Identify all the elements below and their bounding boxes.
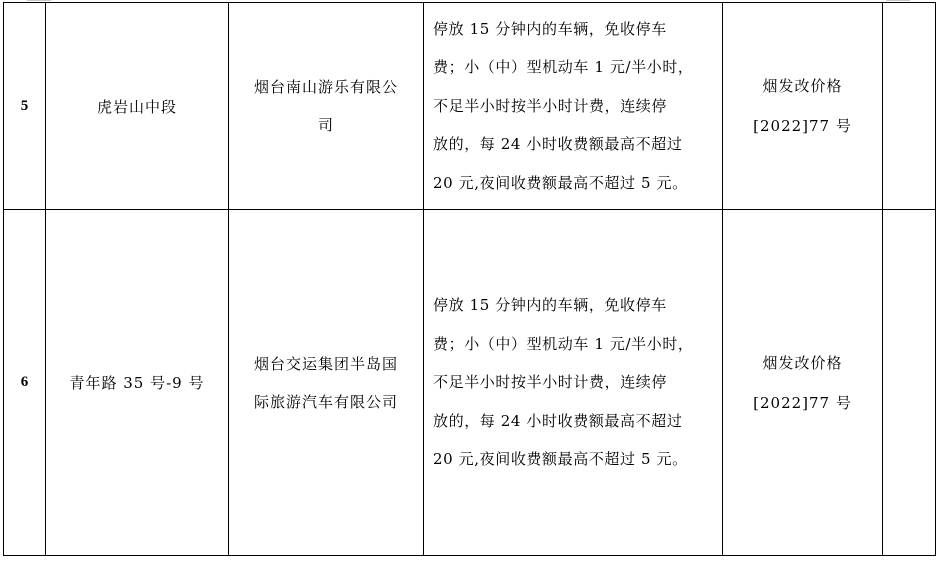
fee-line: 停放 15 分钟内的车辆，免收停车 xyxy=(433,10,714,49)
operator-line: 司 xyxy=(229,106,423,144)
fee-standard-cell: 停放 15 分钟内的车辆，免收停车 费；小（中）型机动车 1 元/半小时， 不足… xyxy=(424,210,723,556)
note-cell xyxy=(883,3,936,210)
note-cell xyxy=(883,210,936,556)
pricing-document-cell: 烟发改价格 [2022]77 号 xyxy=(723,3,883,210)
top-edge-mark-right xyxy=(886,0,910,1)
operator-cell: 烟台交运集团半岛国 际旅游汽车有限公司 xyxy=(229,210,424,556)
operator-line: 烟台交运集团半岛国 xyxy=(229,345,423,383)
row-number-cell: 6 xyxy=(4,210,46,556)
operator-line: 际旅游汽车有限公司 xyxy=(229,383,423,421)
fee-standard-cell: 停放 15 分钟内的车辆，免收停车 费；小（中）型机动车 1 元/半小时， 不足… xyxy=(424,3,723,210)
pricing-document-cell: 烟发改价格 [2022]77 号 xyxy=(723,210,883,556)
location-cell: 青年路 35 号-9 号 xyxy=(46,210,229,556)
fee-line: 不足半小时按半小时计费，连续停 xyxy=(433,363,714,402)
document-line: [2022]77 号 xyxy=(723,106,882,146)
location-cell: 虎岩山中段 xyxy=(46,3,229,210)
fee-line: 费；小（中）型机动车 1 元/半小时， xyxy=(433,48,714,87)
fee-line: 费；小（中）型机动车 1 元/半小时， xyxy=(433,325,714,364)
fee-line: 不足半小时按半小时计费，连续停 xyxy=(433,87,714,126)
fee-line: 停放 15 分钟内的车辆，免收停车 xyxy=(433,286,714,325)
document-line: [2022]77 号 xyxy=(723,383,882,423)
row-number-cell: 5 xyxy=(4,3,46,210)
table-row: 6 青年路 35 号-9 号 烟台交运集团半岛国 际旅游汽车有限公司 停放 15… xyxy=(4,210,936,556)
fee-line: 放的，每 24 小时收费额最高不超过 xyxy=(433,402,714,441)
top-edge-mark-left xyxy=(27,0,51,1)
fee-line: 20 元,夜间收费额最高不超过 5 元。 xyxy=(433,164,714,203)
operator-line: 烟台南山游乐有限公 xyxy=(229,68,423,106)
parking-fee-table: 5 虎岩山中段 烟台南山游乐有限公 司 停放 15 分钟内的车辆，免收停车 费；… xyxy=(3,2,936,556)
fee-line: 20 元,夜间收费额最高不超过 5 元。 xyxy=(433,440,714,479)
operator-cell: 烟台南山游乐有限公 司 xyxy=(229,3,424,210)
document-line: 烟发改价格 xyxy=(723,343,882,383)
table-row: 5 虎岩山中段 烟台南山游乐有限公 司 停放 15 分钟内的车辆，免收停车 费；… xyxy=(4,3,936,210)
document-line: 烟发改价格 xyxy=(723,66,882,106)
fee-line: 放的，每 24 小时收费额最高不超过 xyxy=(433,125,714,164)
